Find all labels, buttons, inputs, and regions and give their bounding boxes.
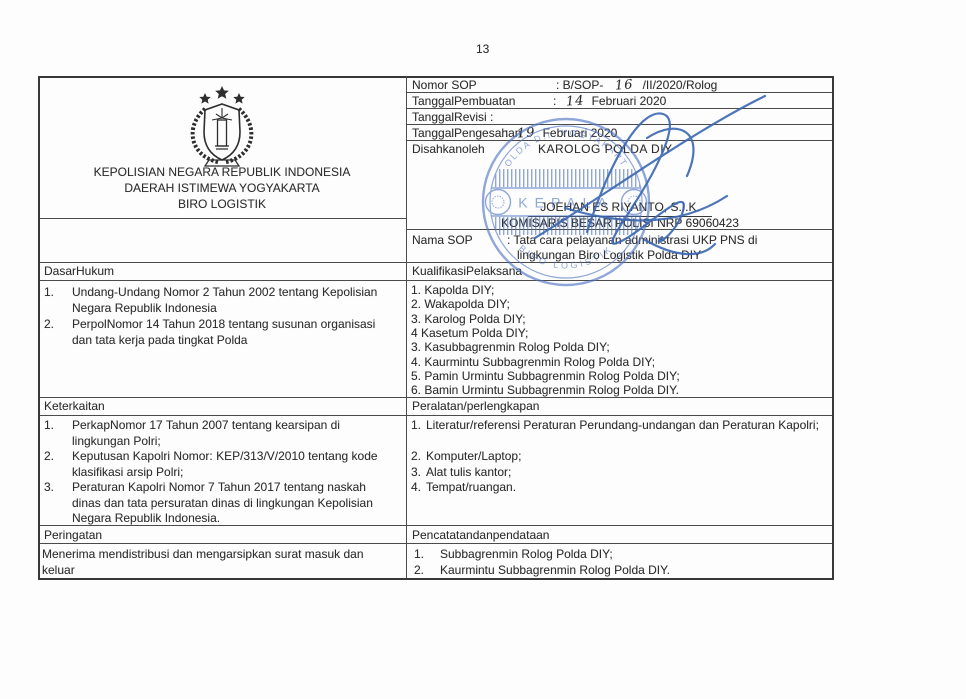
list-item: 2. Keputusan Kapolri Nomor: KEP/313/V/20… [44,449,396,480]
item-text: Alat tulis kantor; [426,465,826,481]
list-item: 6. Bamin Urmintu Subbagrenmin Rolog Pold… [411,383,679,397]
list-item: 1. Literatur/referensi Peraturan Perunda… [411,418,826,434]
table-border [38,280,834,281]
item-text: Kaurmintu Subbagrenmin Rolog Polda DIY. [440,562,824,578]
section-header-keterkaitan: Keterkaitan [44,399,105,414]
polri-emblem-icon [182,84,262,168]
list-item: 4. Kaurmintu Subbagrenmin Rolog Polda DI… [411,355,655,369]
list-item: 3. Peraturan Kapolri Nomor 7 Tahun 2017 … [44,480,396,527]
table-border [38,543,834,544]
item-text: Peraturan Kapolri Nomor 7 Tahun 2017 ten… [72,480,396,527]
list-item: 1. PerkapNomor 17 Tahun 2007 tentang kea… [44,418,396,449]
table-border [38,415,834,416]
list-item: 3. Alat tulis kantor; [411,465,826,481]
table-border [406,76,407,578]
item-text: Subbagrenmin Rolog Polda DIY; [440,546,824,562]
list-item: 4. Tempat/ruangan. [411,480,826,496]
list-item: 2. Komputer/Laptop; [411,449,826,465]
item-number: 2. [411,449,426,465]
table-border [38,76,40,580]
field-label-nomor-sop: Nomor SOP [412,78,477,93]
item-number: 2. [414,562,440,578]
table-border [832,76,834,580]
item-number: 1. [414,546,440,562]
list-item: 1. Undang-Undang Nomor 2 Tahun 2002 tent… [44,284,396,316]
item-text: PerkapNomor 17 Tahun 2007 tentang kearsi… [72,418,396,449]
list-item: 2. PerpolNomor 14 Tahun 2018 tentang sus… [44,316,396,348]
item-number: 1. [44,418,72,449]
field-label-nama-sop: Nama SOP [412,233,473,248]
institution-name-line3: BIRO LOGISTIK [38,197,406,212]
list-item: 3. Karolog Polda DIY; [411,312,526,326]
signature-strokes [495,80,785,265]
item-number: 2. [44,449,72,480]
item-number: 1. [411,418,426,434]
list-item: 4 Kasetum Polda DIY; [411,326,528,340]
institution-underline [40,218,406,219]
item-text: Undang-Undang Nomor 2 Tahun 2002 tentang… [72,284,396,316]
section-header-dasar-hukum: DasarHukum [44,264,114,279]
item-text: Keputusan Kapolri Nomor: KEP/313/V/2010 … [72,449,396,480]
item-number: 3. [411,465,426,481]
section-header-pencatatan: Pencatatandanpendataan [412,528,549,543]
item-text: Komputer/Laptop; [426,449,826,465]
institution-name-line2: DAERAH ISTIMEWA YOGYAKARTA [38,181,406,196]
item-number: 3. [44,480,72,527]
page-number: 13 [476,42,489,57]
institution-name-line1: KEPOLISIAN NEGARA REPUBLIK INDONESIA [38,165,406,180]
item-number: 4. [411,480,426,496]
list-item: 5. Pamin Urmintu Subbagrenmin Rolog Pold… [411,369,680,383]
section-header-peringatan: Peringatan [44,528,102,543]
section-header-peralatan: Peralatan/perlengkapan [412,399,539,414]
list-item: 1. Subbagrenmin Rolog Polda DIY; [414,546,824,562]
item-text: Literatur/referensi Peraturan Perundang-… [426,418,826,434]
table-border [38,578,834,580]
item-text: PerpolNomor 14 Tahun 2018 tentang susuna… [72,316,396,348]
item-text: Tempat/ruangan. [426,480,826,496]
item-number: 2. [44,316,72,348]
item-number: 1. [44,284,72,316]
list-item: 3. Kasubbagrenmin Rolog Polda DIY; [411,340,610,354]
scanned-sop-document: 13 KEPOLISIAN NEGA [0,0,966,699]
peringatan-text: Menerima mendistribusi dan mengarsipkan … [42,546,398,578]
list-item: 2. Kaurmintu Subbagrenmin Rolog Polda DI… [414,562,824,578]
